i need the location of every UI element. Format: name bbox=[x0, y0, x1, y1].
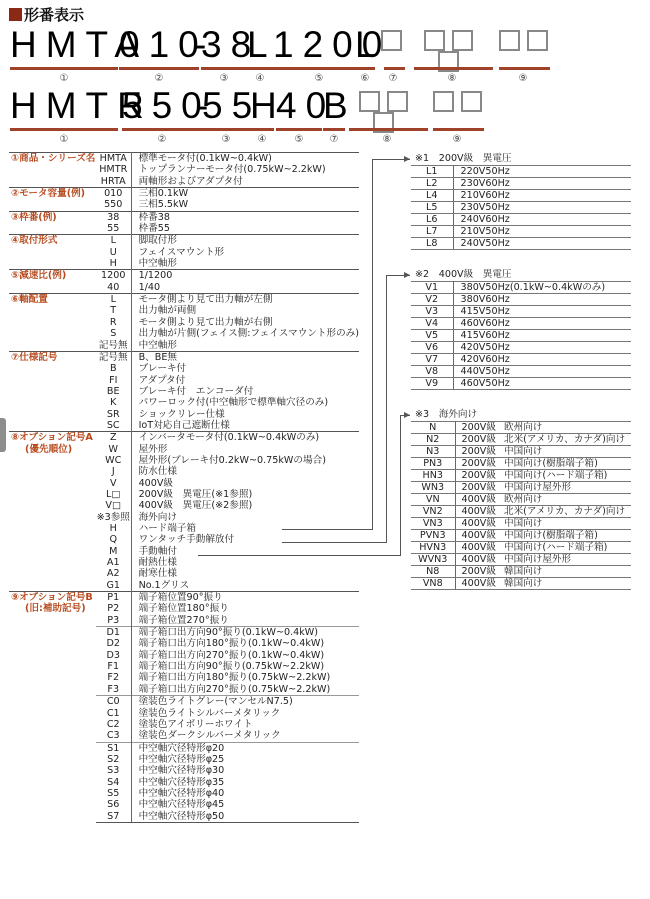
spec-code: 1200 bbox=[96, 270, 131, 282]
note-desc: 欧州向け bbox=[500, 422, 631, 434]
model-segment: 1200⑤ bbox=[273, 24, 365, 66]
connector-line-3 bbox=[198, 555, 401, 556]
note-voltage: 400V級 bbox=[455, 506, 500, 518]
spec-desc: 中空軸穴径特形φ30 bbox=[131, 765, 359, 776]
spec-code: Z bbox=[96, 432, 131, 444]
note-desc: 230V50Hz bbox=[453, 202, 631, 214]
spec-code: P1 bbox=[96, 592, 131, 604]
spec-code: F1 bbox=[96, 661, 131, 672]
note-desc: 欧州向け bbox=[500, 494, 631, 506]
model-segment: H④ bbox=[250, 85, 274, 127]
spec-code: A2 bbox=[96, 568, 131, 579]
connector-line-2 bbox=[282, 542, 387, 543]
note-code: V1 bbox=[411, 282, 453, 294]
note-code: L1 bbox=[411, 166, 453, 178]
spec-code: ※3参照 bbox=[96, 512, 131, 523]
connector-line-2 bbox=[386, 275, 387, 543]
note-desc: 中国向け bbox=[500, 446, 631, 458]
model-segment: L④ bbox=[247, 24, 273, 66]
spec-desc: 耐寒仕様 bbox=[131, 568, 359, 579]
note-code: V2 bbox=[411, 294, 453, 306]
spec-code: L bbox=[96, 294, 131, 306]
note-row: N2200V級北米(アメリカ、カナダ)向け bbox=[411, 434, 631, 446]
spec-code: D2 bbox=[96, 638, 131, 649]
spec-desc: 中空軸形 bbox=[131, 340, 359, 352]
spec-desc: 標準モータ付(0.1kW~0.4kW) bbox=[131, 153, 359, 165]
connector-line-3 bbox=[400, 415, 401, 556]
note-desc: 中国向け(樹脂端子箱) bbox=[500, 458, 631, 470]
model-segment: 010② bbox=[119, 24, 199, 66]
spec-desc: 端子箱口出方向90°振り(0.75kW~2.2kW) bbox=[131, 661, 359, 672]
note-row: V2380V60Hz bbox=[411, 294, 631, 306]
spec-code: S2 bbox=[96, 754, 131, 765]
spec-desc: 端子箱口出方向180°振り(0.75kW~2.2kW) bbox=[131, 672, 359, 683]
note-row: HVN3400V級中国向け(ハード端子箱) bbox=[411, 542, 631, 554]
note-desc: 380V50Hz(0.1kW~0.4kWのみ) bbox=[453, 282, 631, 294]
spec-desc: 端子箱位置90°振り bbox=[131, 592, 359, 604]
note-desc: 240V60Hz bbox=[453, 214, 631, 226]
spec-desc: フェイスマウント形 bbox=[131, 247, 359, 258]
spec-code: J bbox=[96, 466, 131, 477]
note-code: N2 bbox=[411, 434, 455, 446]
spec-desc: 中空軸穴径特形φ45 bbox=[131, 799, 359, 810]
spec-desc: 端子箱口出方向270°振り(0.75kW~2.2kW) bbox=[131, 684, 359, 696]
note-desc: 415V50Hz bbox=[453, 306, 631, 318]
spec-category: ①商品・シリーズ名 bbox=[9, 153, 96, 188]
model-segment: L⑥ bbox=[355, 24, 375, 66]
note-desc: 220V50Hz bbox=[453, 166, 631, 178]
spec-code: P3 bbox=[96, 615, 131, 627]
spec-code: Q bbox=[96, 534, 131, 545]
note-code: V6 bbox=[411, 342, 453, 354]
spec-code: S6 bbox=[96, 799, 131, 810]
note-desc: 210V60Hz bbox=[453, 190, 631, 202]
spec-desc: B、BE無 bbox=[131, 351, 359, 363]
note-row: V9460V50Hz bbox=[411, 378, 631, 390]
spec-desc: 枠番55 bbox=[131, 223, 359, 235]
spec-code: W bbox=[96, 444, 131, 455]
note-code: N3 bbox=[411, 446, 455, 458]
spec-code: 40 bbox=[96, 282, 131, 294]
note-voltage: 200V級 bbox=[455, 566, 500, 578]
spec-row: ①商品・シリーズ名HMTA標準モータ付(0.1kW~0.4kW) bbox=[9, 153, 359, 165]
spec-row: ③枠番(例)38枠番38 bbox=[9, 211, 359, 223]
note-desc: 韓国向け bbox=[500, 578, 631, 590]
spec-desc: 1/40 bbox=[131, 282, 359, 294]
spec-desc: 海外向け bbox=[131, 512, 359, 523]
model-segment: 38③ bbox=[201, 24, 247, 66]
note-voltage: 400V級 bbox=[455, 578, 500, 590]
spec-desc: モータ側より見て出力軸が右側 bbox=[131, 317, 359, 328]
arrow-icon bbox=[404, 272, 410, 278]
note-row: N3200V級中国向け bbox=[411, 446, 631, 458]
spec-desc: 塗装色アイボリーホワイト bbox=[131, 719, 359, 730]
spec-category: ⑦仕様記号 bbox=[9, 351, 96, 431]
spec-code: HMTR bbox=[96, 164, 131, 175]
spec-desc: 中空軸穴径特形φ40 bbox=[131, 788, 359, 799]
spec-code: D3 bbox=[96, 650, 131, 661]
note-row: VN8400V級韓国向け bbox=[411, 578, 631, 590]
spec-code: D1 bbox=[96, 627, 131, 639]
spec-code: 550 bbox=[96, 199, 131, 211]
note-desc: 中国向け(樹脂端子箱) bbox=[500, 530, 631, 542]
section-heading: 形番表示 bbox=[9, 4, 84, 25]
note-row: V3415V50Hz bbox=[411, 306, 631, 318]
note-voltage: 200V級 bbox=[455, 422, 500, 434]
note1-title: ※1 200V級 異電圧 bbox=[411, 153, 631, 165]
spec-desc: モータ側より見て出力軸が左側 bbox=[131, 294, 359, 306]
spec-code: BE bbox=[96, 386, 131, 397]
note3-table: ※3 海外向け N200V級欧州向けN2200V級北米(アメリカ、カナダ)向けN… bbox=[411, 409, 631, 590]
note-desc: 440V50Hz bbox=[453, 366, 631, 378]
spec-desc: IoT対応自己遮断仕様 bbox=[131, 420, 359, 432]
model-segment: ⑦ bbox=[381, 24, 405, 55]
spec-code: S7 bbox=[96, 811, 131, 823]
spec-desc: ブレーキ付 エンコーダ付 bbox=[131, 386, 359, 397]
note-row: V8440V50Hz bbox=[411, 366, 631, 378]
note-code: VN2 bbox=[411, 506, 455, 518]
connector-line-1 bbox=[282, 529, 373, 530]
spec-code: C2 bbox=[96, 719, 131, 730]
heading-square-icon bbox=[9, 8, 22, 21]
spec-table: ①商品・シリーズ名HMTA標準モータ付(0.1kW~0.4kW)HMTRトップラ… bbox=[9, 152, 359, 823]
spec-desc: 塗装色ライトグレー(マンセルN7.5) bbox=[131, 696, 359, 708]
note3-title: ※3 海外向け bbox=[411, 409, 631, 421]
spec-code: S4 bbox=[96, 777, 131, 788]
note-code: WN3 bbox=[411, 482, 455, 494]
note-row: V4460V60Hz bbox=[411, 318, 631, 330]
spec-row: ⑥軸配置Lモータ側より見て出力軸が左側 bbox=[9, 294, 359, 306]
note-row: L1220V50Hz bbox=[411, 166, 631, 178]
spec-desc: アダプタ付 bbox=[131, 375, 359, 386]
note-desc: 中国向け屋外形 bbox=[500, 482, 631, 494]
spec-code: K bbox=[96, 397, 131, 408]
note-row: VN3400V級中国向け bbox=[411, 518, 631, 530]
note-code: N8 bbox=[411, 566, 455, 578]
spec-row: ④取付形式L脚取付形 bbox=[9, 235, 359, 247]
note-row: V5415V60Hz bbox=[411, 330, 631, 342]
note-row: L4210V60Hz bbox=[411, 190, 631, 202]
spec-code: 38 bbox=[96, 211, 131, 223]
spec-desc: 出力軸が両側 bbox=[131, 305, 359, 316]
spec-desc: 塗装色ダークシルバーメタリック bbox=[131, 730, 359, 742]
spec-desc: 400V級 異電圧(※2参照) bbox=[131, 500, 359, 511]
arrow-icon bbox=[404, 156, 410, 162]
spec-category: ③枠番(例) bbox=[9, 211, 96, 235]
note-desc: 420V50Hz bbox=[453, 342, 631, 354]
spec-code: V□ bbox=[96, 500, 131, 511]
spec-code: SR bbox=[96, 409, 131, 420]
note-voltage: 400V級 bbox=[455, 518, 500, 530]
model-segment: 40⑤ bbox=[276, 85, 322, 127]
note-row: L7210V50Hz bbox=[411, 226, 631, 238]
spec-code: HRTA bbox=[96, 176, 131, 188]
spec-desc: 中空軸穴径特形φ20 bbox=[131, 742, 359, 754]
note-code: V9 bbox=[411, 378, 453, 390]
scroll-handle[interactable] bbox=[0, 418, 6, 452]
note-desc: 韓国向け bbox=[500, 566, 631, 578]
note-row: L2230V60Hz bbox=[411, 178, 631, 190]
spec-category: ⑨オプション記号B(旧:補助記号) bbox=[9, 592, 96, 823]
note-desc: 中国向け(ハード端子箱) bbox=[500, 542, 631, 554]
note-desc: 420V60Hz bbox=[453, 354, 631, 366]
spec-code: R bbox=[96, 317, 131, 328]
note-code: L7 bbox=[411, 226, 453, 238]
spec-desc: 中空軸穴径特形φ25 bbox=[131, 754, 359, 765]
spec-desc: 耐熱仕様 bbox=[131, 557, 359, 568]
spec-desc: 三相0.1kW bbox=[131, 188, 359, 200]
spec-code: G1 bbox=[96, 580, 131, 592]
note-row: L5230V50Hz bbox=[411, 202, 631, 214]
note-code: V5 bbox=[411, 330, 453, 342]
spec-desc: 1/1200 bbox=[131, 270, 359, 282]
note-code: N bbox=[411, 422, 455, 434]
note-voltage: 400V級 bbox=[455, 530, 500, 542]
spec-code: C0 bbox=[96, 696, 131, 708]
spec-row: ⑤減速比(例)12001/1200 bbox=[9, 270, 359, 282]
spec-code: 記号無 bbox=[96, 351, 131, 363]
note-row: PVN3400V級中国向け(樹脂端子箱) bbox=[411, 530, 631, 542]
spec-code: 010 bbox=[96, 188, 131, 200]
note-code: V8 bbox=[411, 366, 453, 378]
note-row: V1380V50Hz(0.1kW~0.4kWのみ) bbox=[411, 282, 631, 294]
note-desc: 415V60Hz bbox=[453, 330, 631, 342]
note-row: L8240V50Hz bbox=[411, 238, 631, 250]
spec-code: F3 bbox=[96, 684, 131, 696]
spec-desc: 中空軸形 bbox=[131, 258, 359, 270]
note-voltage: 200V級 bbox=[455, 458, 500, 470]
spec-desc: 屋外形(ブレーキ付0.2kW~0.75kWの場合) bbox=[131, 455, 359, 466]
spec-desc: 中空軸穴径特形φ50 bbox=[131, 811, 359, 823]
note-row: N200V級欧州向け bbox=[411, 422, 631, 434]
note-desc: 380V60Hz bbox=[453, 294, 631, 306]
spec-desc: トップランナーモータ付(0.75kW~2.2kW) bbox=[131, 164, 359, 175]
spec-code: F2 bbox=[96, 672, 131, 683]
spec-desc: 屋外形 bbox=[131, 444, 359, 455]
spec-code: C3 bbox=[96, 730, 131, 742]
note-row: WN3200V級中国向け屋外形 bbox=[411, 482, 631, 494]
note2-title: ※2 400V級 異電圧 bbox=[411, 269, 631, 281]
spec-code: T bbox=[96, 305, 131, 316]
note-code: V3 bbox=[411, 306, 453, 318]
model-segment: 55③ bbox=[202, 85, 250, 127]
spec-desc: 400V級 bbox=[131, 478, 359, 489]
spec-row: ⑦仕様記号記号無B、BE無 bbox=[9, 351, 359, 363]
model-segment: ⑧ bbox=[346, 85, 428, 137]
note-code: L8 bbox=[411, 238, 453, 250]
spec-code: M bbox=[96, 546, 131, 557]
note-code: PVN3 bbox=[411, 530, 455, 542]
spec-code: S bbox=[96, 328, 131, 339]
spec-code: HMTA bbox=[96, 153, 131, 165]
note-desc: 460V50Hz bbox=[453, 378, 631, 390]
spec-row: ②モータ容量(例)010三相0.1kW bbox=[9, 188, 359, 200]
spec-code: S3 bbox=[96, 765, 131, 776]
note-row: WVN3400V級中国向け屋外形 bbox=[411, 554, 631, 566]
spec-desc: 端子箱口出方向180°振り(0.1kW~0.4kW) bbox=[131, 638, 359, 649]
note-desc: 460V60Hz bbox=[453, 318, 631, 330]
note-row: N8200V級韓国向け bbox=[411, 566, 631, 578]
spec-code: B bbox=[96, 363, 131, 374]
note-code: L6 bbox=[411, 214, 453, 226]
note-desc: 北米(アメリカ、カナダ)向け bbox=[500, 434, 631, 446]
spec-code: SC bbox=[96, 420, 131, 432]
spec-code: C1 bbox=[96, 708, 131, 719]
spec-code: 記号無 bbox=[96, 340, 131, 352]
model-segment: ⑨ bbox=[430, 85, 484, 116]
spec-category: ⑤減速比(例) bbox=[9, 270, 96, 294]
note-desc: 230V60Hz bbox=[453, 178, 631, 190]
note-desc: 中国向け bbox=[500, 518, 631, 530]
spec-category: ②モータ容量(例) bbox=[9, 188, 96, 212]
spec-desc: 端子箱位置180°振り bbox=[131, 603, 359, 614]
model-segment: HMTR① bbox=[10, 85, 118, 127]
spec-desc: 枠番38 bbox=[131, 211, 359, 223]
note-voltage: 200V級 bbox=[455, 446, 500, 458]
note-code: PN3 bbox=[411, 458, 455, 470]
spec-desc: 三相5.5kW bbox=[131, 199, 359, 211]
spec-row: ⑧オプション記号A(優先順位)Zインバータモータ付(0.1kW~0.4kWのみ) bbox=[9, 432, 359, 444]
note-code: VN bbox=[411, 494, 455, 506]
note-row: V6420V50Hz bbox=[411, 342, 631, 354]
spec-desc: インバータモータ付(0.1kW~0.4kWのみ) bbox=[131, 432, 359, 444]
note-code: L4 bbox=[411, 190, 453, 202]
spec-code: A1 bbox=[96, 557, 131, 568]
note-voltage: 200V級 bbox=[455, 470, 500, 482]
spec-code: 55 bbox=[96, 223, 131, 235]
spec-code: FI bbox=[96, 375, 131, 386]
spec-code: P2 bbox=[96, 603, 131, 614]
spec-desc: 端子箱口出方向270°振り(0.1kW~0.4kW) bbox=[131, 650, 359, 661]
note-code: L5 bbox=[411, 202, 453, 214]
spec-desc: 端子箱位置270°振り bbox=[131, 615, 359, 627]
note1-table: ※1 200V級 異電圧 L1220V50HzL2230V60HzL4210V6… bbox=[411, 153, 631, 250]
spec-desc: 端子箱口出方向90°振り(0.1kW~0.4kW) bbox=[131, 627, 359, 639]
connector-line-1 bbox=[372, 159, 373, 530]
note-voltage: 400V級 bbox=[455, 542, 500, 554]
note-voltage: 400V級 bbox=[455, 554, 500, 566]
note-row: L6240V60Hz bbox=[411, 214, 631, 226]
note-code: HN3 bbox=[411, 470, 455, 482]
spec-row: ⑨オプション記号B(旧:補助記号)P1端子箱位置90°振り bbox=[9, 592, 359, 604]
note-code: V4 bbox=[411, 318, 453, 330]
spec-desc: 出力軸が片側(フェイス側:フェイスマウント形のみ) bbox=[131, 328, 359, 339]
spec-category: ⑧オプション記号A(優先順位) bbox=[9, 432, 96, 592]
spec-code: H bbox=[96, 258, 131, 270]
note-desc: 中国向け屋外形 bbox=[500, 554, 631, 566]
spec-code: H bbox=[96, 523, 131, 534]
heading-text: 形番表示 bbox=[24, 4, 84, 25]
spec-code: U bbox=[96, 247, 131, 258]
spec-code: S5 bbox=[96, 788, 131, 799]
model-segment: ⑨ bbox=[496, 24, 550, 55]
spec-desc: 防水仕様 bbox=[131, 466, 359, 477]
note-row: VN400V級欧州向け bbox=[411, 494, 631, 506]
spec-code: WC bbox=[96, 455, 131, 466]
model-segment: HMTA① bbox=[10, 24, 118, 66]
note-desc: 210V50Hz bbox=[453, 226, 631, 238]
spec-category: ④取付形式 bbox=[9, 235, 96, 270]
model-segment: B⑦ bbox=[323, 85, 345, 127]
spec-desc: 両軸形およびアダプタ付 bbox=[131, 176, 359, 188]
note-row: VN2400V級北米(アメリカ、カナダ)向け bbox=[411, 506, 631, 518]
spec-desc: 塗装色ライトシルバーメタリック bbox=[131, 708, 359, 719]
spec-desc: 200V級 異電圧(※1参照) bbox=[131, 489, 359, 500]
spec-code: S1 bbox=[96, 742, 131, 754]
note-code: V7 bbox=[411, 354, 453, 366]
note-row: PN3200V級中国向け(樹脂端子箱) bbox=[411, 458, 631, 470]
spec-code: V bbox=[96, 478, 131, 489]
spec-desc: ショックリレー仕様 bbox=[131, 409, 359, 420]
model-segment: ⑧ bbox=[411, 24, 493, 76]
note-code: VN3 bbox=[411, 518, 455, 530]
arrow-icon bbox=[404, 412, 410, 418]
note2-table: ※2 400V級 異電圧 V1380V50Hz(0.1kW~0.4kWのみ)V2… bbox=[411, 269, 631, 390]
note-row: HN3200V級中国向け(ハード端子箱) bbox=[411, 470, 631, 482]
note-code: VN8 bbox=[411, 578, 455, 590]
spec-desc: 中空軸穴径特形φ35 bbox=[131, 777, 359, 788]
note-desc: 北米(アメリカ、カナダ)向け bbox=[500, 506, 631, 518]
spec-code: L bbox=[96, 235, 131, 247]
spec-desc: ブレーキ付 bbox=[131, 363, 359, 374]
spec-desc: ワンタッチ手動解放付 bbox=[131, 534, 359, 545]
note-row: V7420V60Hz bbox=[411, 354, 631, 366]
note-voltage: 200V級 bbox=[455, 434, 500, 446]
spec-code: L□ bbox=[96, 489, 131, 500]
model-segment: 550② bbox=[122, 85, 202, 127]
spec-category: ⑥軸配置 bbox=[9, 294, 96, 352]
spec-desc: No.1グリス bbox=[131, 580, 359, 592]
note-code: HVN3 bbox=[411, 542, 455, 554]
note-code: WVN3 bbox=[411, 554, 455, 566]
note-voltage: 400V級 bbox=[455, 494, 500, 506]
note-voltage: 200V級 bbox=[455, 482, 500, 494]
note-code: L2 bbox=[411, 178, 453, 190]
note-desc: 240V50Hz bbox=[453, 238, 631, 250]
spec-desc: パワーロック付(中空軸形で標準軸穴径のみ) bbox=[131, 397, 359, 408]
spec-desc: 脚取付形 bbox=[131, 235, 359, 247]
note-desc: 中国向け(ハード端子箱) bbox=[500, 470, 631, 482]
